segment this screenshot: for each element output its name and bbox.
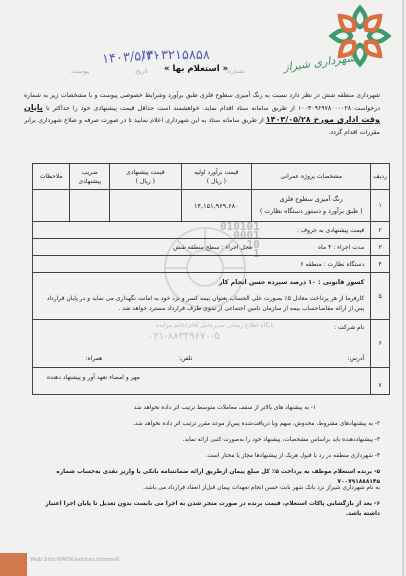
header-row-number: ردیف: [371, 164, 390, 190]
table-row: ۴ دستگاه نظارت : منطقه ۶: [33, 256, 390, 273]
mobile-label[interactable]: همراه:: [85, 355, 102, 362]
table-row: ۱ رنگ آمیزی سطوح فلزی( طبق برآورد و دستو…: [33, 190, 390, 222]
row-2-index: ۲: [371, 222, 390, 239]
row-7-index: ۷: [371, 368, 390, 395]
attachment-label: پیوست:: [70, 68, 90, 75]
header-offered-price-unit: ( ریال ): [136, 178, 155, 185]
price-in-words[interactable]: قیمت پیشنهادی به حروف :: [33, 222, 371, 239]
header-remarks: ملاحظات: [33, 164, 70, 190]
row-3-content: مدت اجراء : ۴ ماه محل اجراء : سطح منطقه …: [33, 239, 371, 256]
insurance-clause: کارفرما از هر پرداخت معادل ۵٪ بصورت علی …: [39, 294, 364, 314]
header-initial-price-unit: ( ریال ): [207, 178, 226, 185]
row-6-index: ۶: [371, 320, 390, 368]
phone-label[interactable]: تلفن:: [179, 355, 192, 362]
notes-list: ۱- به پیشنهاد های بالاتر از سقف معاملات …: [38, 403, 380, 515]
row-1-index: ۱: [371, 190, 390, 222]
note-5-cont: به نام شهرداری شیراز نزد بانک شهر بابت ح…: [38, 483, 380, 499]
brand-name: شهرداری شیراز: [283, 51, 357, 74]
watermark-text: پایگاه اطلاع رسانی مدیرعامل آقای/خانم مز…: [156, 322, 274, 329]
header-initial-price-label: قیمت برآورد اولیه: [194, 169, 238, 176]
intro-paragraph: شهرداری منطقه شش در نظر دارد نسبت به رنگ…: [24, 90, 380, 138]
header-coefficient: ضریب پیشنهادی: [70, 164, 110, 190]
note-4: ۴- شهرداری منطقه در رد یا قبول هریک از پ…: [38, 451, 380, 467]
row-4-index: ۴: [371, 256, 390, 273]
signature-stamp[interactable]: مهر و امضاء تعهد آور و پیشنهاد دهنده: [33, 368, 371, 395]
table-row: ۷ مهر و امضاء تعهد آور و پیشنهاد دهنده: [33, 368, 390, 395]
table-header-row: ردیف مشخصات پروژه عمرانی قیمت برآورد اول…: [33, 164, 390, 190]
intro-text-1: شهرداری منطقه شش در نظر دارد نسبت به رنگ…: [24, 92, 380, 112]
date-label: تاریخ:: [134, 68, 148, 75]
number-label: شماره:: [226, 68, 244, 75]
header-offered-price: قیمت پیشنهادی( ریال ): [110, 164, 181, 190]
website-link[interactable]: Web Site:WWW.eshiraz.ir/zone6: [30, 557, 119, 563]
note-2: ۲- به پیشنهادهای مشروط، مخدوش، مبهم ویا …: [38, 419, 380, 435]
legal-deductions: کسور قانونی : ۱۰ درصد سپرده حسن انجام کا…: [39, 278, 364, 288]
row-1-spec: رنگ آمیزی سطوح فلزی( طبق برآورد و دستور …: [252, 190, 371, 222]
location: محل اجراء : سطح منطقه شش: [173, 244, 252, 251]
spec-line-2: ( طبق برآورد و دستور دستگاه نظارت ): [260, 208, 363, 215]
header-spec: مشخصات پروژه عمرانی: [252, 164, 371, 190]
row-1-coefficient[interactable]: [70, 190, 110, 222]
table-row: ۵ کسور قانونی : ۱۰ درصد سپرده حسن انجام …: [33, 273, 390, 320]
row-1-initial-price: ۱۴,۱۵۱,۹۶۹,۶۸۰: [181, 190, 252, 222]
row-5-index: ۵: [371, 273, 390, 320]
note-3: ۳- پیشنهاددهنده باید براساس مشخصات، پیشن…: [38, 435, 380, 451]
table-row: ۲ قیمت پیشنهادی به حروف :: [33, 222, 390, 239]
table-row: ۳ مدت اجراء : ۴ ماه محل اجراء : سطح منطق…: [33, 239, 390, 256]
handwritten-date: ۱۴۰۳/۵/۲۱: [102, 48, 161, 67]
note-6: ۶- بعد از بازگشایی پاکات استعلام، قیمت ب…: [38, 499, 380, 515]
address-label[interactable]: آدرس:: [348, 355, 365, 362]
header-offered-price-label: قیمت پیشنهادی: [126, 169, 165, 176]
row-3-index: ۳: [371, 239, 390, 256]
inquiry-table: ردیف مشخصات پروژه عمرانی قیمت برآورد اول…: [32, 163, 390, 395]
duration: مدت اجراء : ۴ ماه: [318, 244, 364, 251]
note-1: ۱- به پیشنهاد های بالاتر از سقف معاملات …: [38, 403, 380, 419]
row-5-content: کسور قانونی : ۱۰ درصد سپرده حسن انجام کا…: [33, 273, 371, 320]
row-1-remarks[interactable]: [33, 190, 70, 222]
header-initial-price: قیمت برآورد اولیه( ریال ): [181, 164, 252, 190]
page-title: « استعلام بها »: [164, 64, 228, 74]
contact-line: آدرس: تلفن: همراه:: [39, 355, 364, 365]
supervision: دستگاه نظارت : منطقه ۶: [33, 256, 371, 273]
footer-accent-bar: [0, 553, 27, 576]
document-page: شهرداری شیراز ۱۴۰۳۲۱۵۸۵۸ ۱۴۰۳/۵/۲۱ « است…: [0, 0, 404, 576]
signature-label: مهر و امضاء تعهد آور و پیشنهاد دهنده: [47, 374, 140, 381]
spec-line-1: رنگ آمیزی سطوح فلزی: [280, 196, 343, 203]
row-1-offered-price[interactable]: [110, 190, 181, 222]
watermark-phone: ۰۲۱-۸۸۳۴۹۶۷۰-۵: [148, 331, 220, 342]
note-5: ۵- برنده استعلام موظف به پرداخت ۵٪ کل مب…: [38, 467, 380, 483]
